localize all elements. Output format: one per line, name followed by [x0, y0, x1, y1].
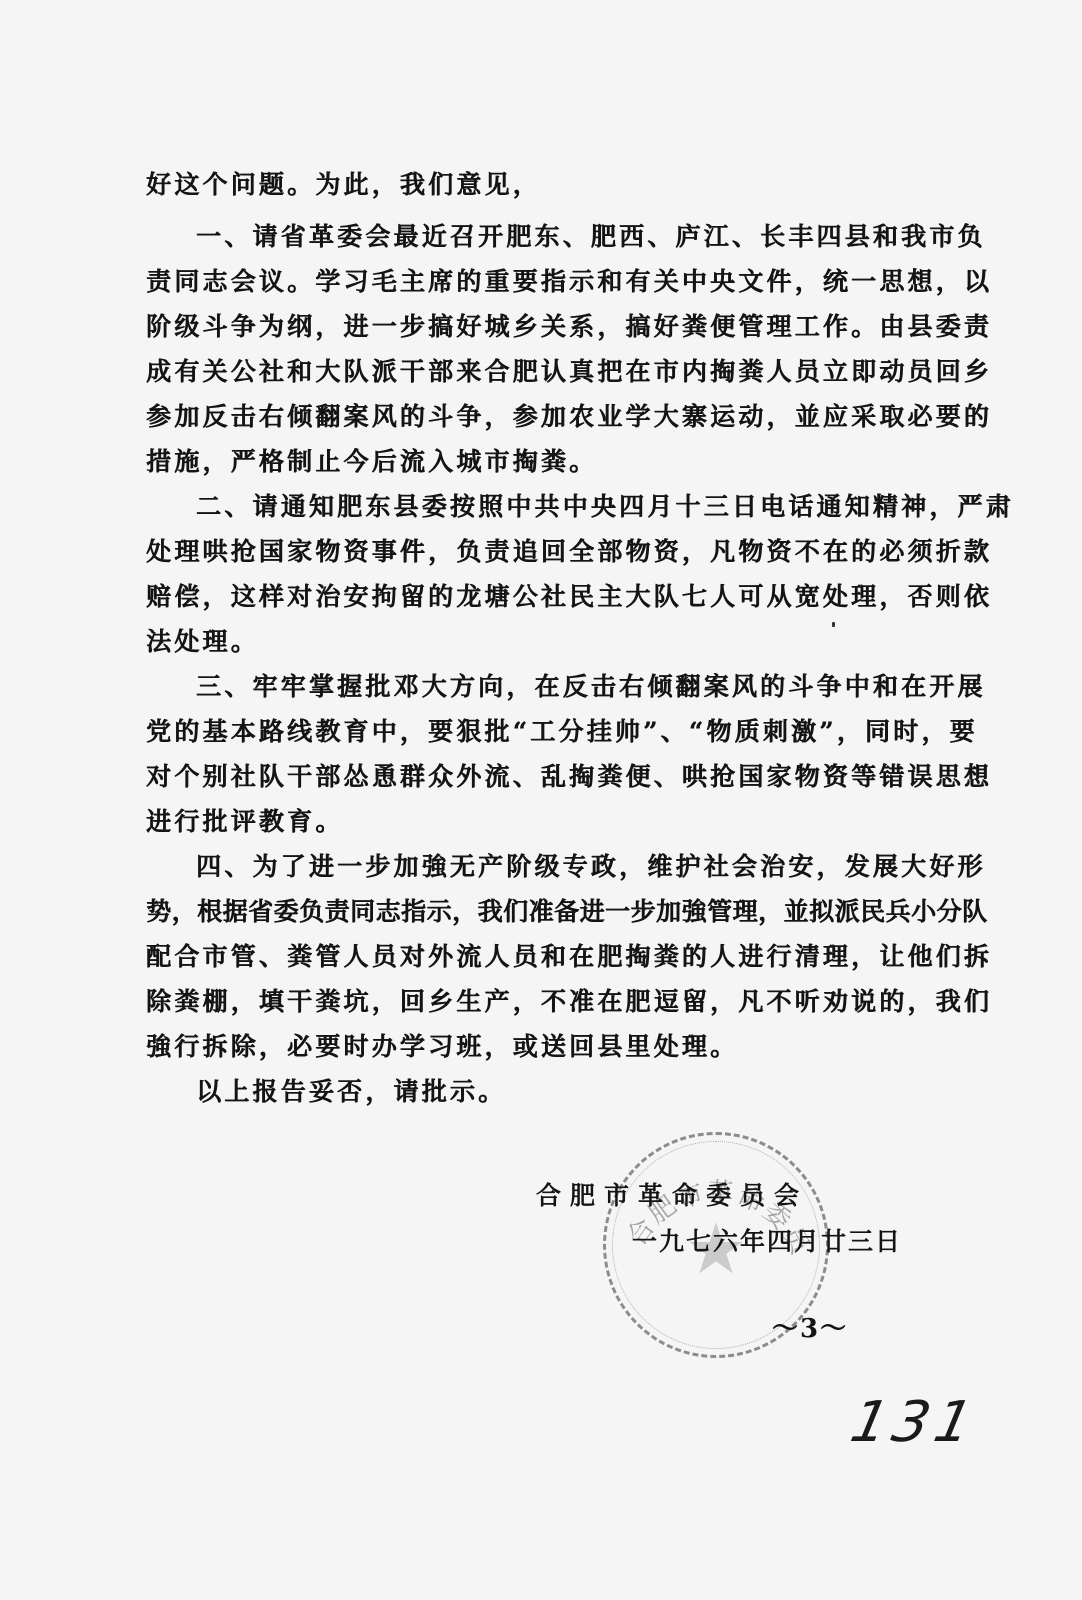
- text-line: 对个别社队干部怂恿群众外流、乱掏粪便、哄抢国家物资等错误思想: [146, 760, 992, 794]
- text-line: 处理哄抢国家物资事件，负责追回全部物资，凡物资不在的必须折款: [146, 535, 992, 569]
- page-number: ～3～: [772, 1308, 848, 1345]
- text-line: 措施，严格制止今后流入城市掏粪。: [146, 445, 597, 479]
- text-line: 法处理。: [146, 625, 259, 659]
- text-line: 党的基本路线教育中，要狠批“工分挂帅”、“物质刺激”，同时，要: [146, 715, 978, 749]
- text-line: 以上报告妥否，请批示。: [196, 1075, 506, 1109]
- scan-speck: [832, 622, 835, 627]
- text-line: 赔偿，这样对治安拘留的龙塘公社民主大队七人可从宽处理，否则依: [146, 580, 992, 614]
- handwritten-folio-number: 131: [845, 1390, 984, 1455]
- text-line: 责同志会议。学习毛主席的重要指示和有关中央文件，统一思想，以: [146, 265, 992, 299]
- signature-organization: 合肥市革命委员会: [536, 1176, 808, 1212]
- text-line: 进行批评教育。: [146, 805, 343, 839]
- signature-date: 一九七六年四月廿三日: [632, 1222, 902, 1258]
- text-line: 強行拆除，必要时办学习班，或送回县里处理。: [146, 1030, 738, 1064]
- document-page: 好这个问题。为此，我们意见， 一、请省革委会最近召开肥东、肥西、庐江、长丰四县和…: [0, 0, 1082, 1600]
- text-line: 四、为了进一步加強无产阶级专政，维护社会治安，发展大好形: [196, 850, 986, 884]
- text-line: 除粪棚，填干粪坑，回乡生产，不准在肥逗留，凡不听劝说的，我们: [146, 985, 992, 1019]
- text-line: 好这个问题。为此，我们意见，: [146, 168, 541, 202]
- text-line: 成有关公社和大队派干部来合肥认真把在市内掏粪人员立即动员回乡: [146, 355, 992, 389]
- text-line: 二、请通知肥东县委按照中共中央四月十三日电话通知精神，严肃: [196, 490, 1014, 524]
- text-line: 配合市管、粪管人员对外流人员和在肥掏粪的人进行清理，让他们拆: [146, 940, 992, 974]
- text-line: 阶级斗争为纲，进一步搞好城乡关系，搞好粪便管理工作。由县委责: [146, 310, 992, 344]
- text-line: 参加反击右倾翻案风的斗争，参加农业学大寨运动，並应采取必要的: [146, 400, 992, 434]
- text-line: 三、牢牢掌握批邓大方向，在反击右倾翻案风的斗争中和在开展: [196, 670, 986, 704]
- text-line: 势，根据省委负责同志指示，我们准备进一步加強管理，並拟派民兵小分队: [146, 895, 988, 929]
- text-line: 一、请省革委会最近召开肥东、肥西、庐江、长丰四县和我市负: [196, 220, 986, 254]
